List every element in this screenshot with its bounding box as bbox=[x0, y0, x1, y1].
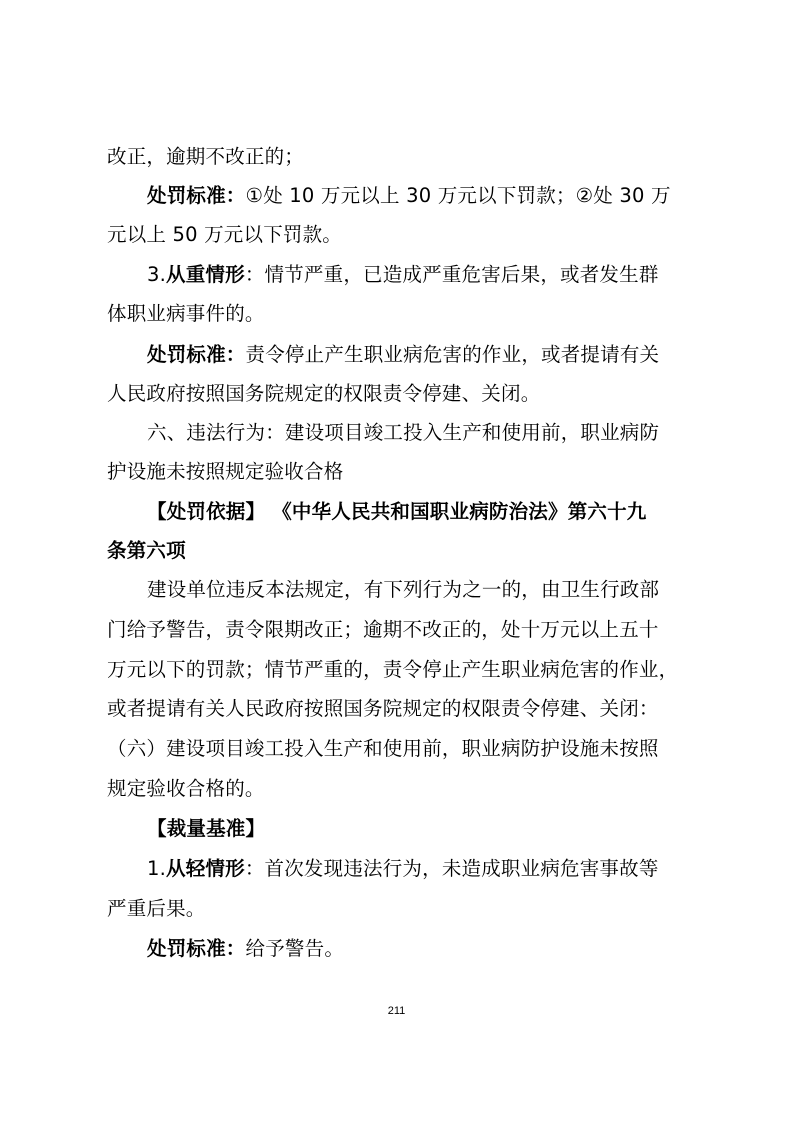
text-line: 或者提请有关人民政府按照国务院规定的权限责令停建、关闭： bbox=[107, 696, 697, 722]
text-line: 严重后果。 bbox=[107, 896, 697, 922]
text-line: 体职业病事件的。 bbox=[107, 301, 697, 327]
text-line: 人民政府按照国务院规定的权限责令停建、关闭。 bbox=[107, 381, 697, 407]
text: ①处 10 万元以上 30 万元以下罚款；②处 30 万 bbox=[246, 184, 671, 207]
text-line: 处罚标准：①处 10 万元以上 30 万元以下罚款；②处 30 万 bbox=[147, 183, 737, 209]
bold-text: 从重情形 bbox=[166, 263, 245, 286]
text-line: 门给予警告，责令限期改正；逾期不改正的，处十万元以上五十 bbox=[107, 617, 697, 643]
text-line: 万元以下的罚款；情节严重的，责令停止产生职业病危害的作业， bbox=[107, 657, 697, 683]
bold-text: 从轻情形 bbox=[166, 857, 245, 880]
text: 人民政府按照国务院规定的权限责令停建、关闭。 bbox=[107, 382, 540, 405]
text-line: 条第六项 bbox=[107, 538, 697, 564]
bold-text: 【处罚依据】 《中华人民共和国职业病防治法》第六十九 bbox=[147, 500, 647, 523]
bold-text: 处罚标准： bbox=[147, 343, 246, 366]
text: 万元以下的罚款；情节严重的，责令停止产生职业病危害的作业， bbox=[107, 658, 678, 681]
page-number: 211 bbox=[0, 1005, 793, 1017]
text-line: 处罚标准：给予警告。 bbox=[147, 936, 737, 962]
text: 门给予警告，责令限期改正；逾期不改正的，处十万元以上五十 bbox=[107, 618, 659, 641]
text-line: 建设单位违反本法规定，有下列行为之一的，由卫生行政部 bbox=[147, 577, 737, 603]
text: 责令停止产生职业病危害的作业，或者提请有关 bbox=[246, 343, 660, 366]
text-line: 【处罚依据】 《中华人民共和国职业病防治法》第六十九 bbox=[147, 499, 737, 525]
text: ：情节严重，已造成严重危害后果，或者发生群 bbox=[245, 263, 659, 286]
text: 3. bbox=[147, 263, 166, 286]
text: 建设单位违反本法规定，有下列行为之一的，由卫生行政部 bbox=[147, 578, 659, 601]
document-page: 改正，逾期不改正的；处罚标准：①处 10 万元以上 30 万元以下罚款；②处 3… bbox=[0, 0, 793, 1122]
bold-text: 【裁量基准】 bbox=[147, 817, 265, 840]
text-line: 3.从重情形：情节严重，已造成严重危害后果，或者发生群 bbox=[147, 262, 737, 288]
text-line: 改正，逾期不改正的； bbox=[107, 144, 697, 170]
text: 改正，逾期不改正的； bbox=[107, 145, 304, 168]
text: ：首次发现违法行为，未造成职业病危害事故等 bbox=[245, 857, 659, 880]
text-line: 1.从轻情形：首次发现违法行为，未造成职业病危害事故等 bbox=[147, 856, 737, 882]
text: 规定验收合格的。 bbox=[107, 777, 265, 800]
text: 严重后果。 bbox=[107, 897, 206, 920]
text-line: 六、违法行为：建设项目竣工投入生产和使用前，职业病防 bbox=[147, 420, 737, 446]
text-line: （六）建设项目竣工投入生产和使用前，职业病防护设施未按照 bbox=[107, 736, 697, 762]
text-line: 规定验收合格的。 bbox=[107, 776, 697, 802]
text-line: 【裁量基准】 bbox=[147, 816, 737, 842]
text: 1. bbox=[147, 857, 166, 880]
text: 或者提请有关人民政府按照国务院规定的权限责令停建、关闭： bbox=[107, 697, 659, 720]
text: 元以上 50 万元以下罚款。 bbox=[107, 223, 342, 246]
bold-text: 条第六项 bbox=[107, 539, 186, 562]
text: （六）建设项目竣工投入生产和使用前，职业病防护设施未按照 bbox=[107, 737, 659, 760]
bold-text: 处罚标准： bbox=[147, 184, 246, 207]
text: 体职业病事件的。 bbox=[107, 302, 265, 325]
text: 护设施未按照规定验收合格 bbox=[107, 460, 343, 483]
text-line: 护设施未按照规定验收合格 bbox=[107, 459, 697, 485]
text-line: 处罚标准：责令停止产生职业病危害的作业，或者提请有关 bbox=[147, 342, 737, 368]
bold-text: 处罚标准： bbox=[147, 937, 246, 960]
text: 六、违法行为：建设项目竣工投入生产和使用前，职业病防 bbox=[147, 421, 659, 444]
text-line: 元以上 50 万元以下罚款。 bbox=[107, 222, 697, 248]
text: 给予警告。 bbox=[246, 937, 345, 960]
